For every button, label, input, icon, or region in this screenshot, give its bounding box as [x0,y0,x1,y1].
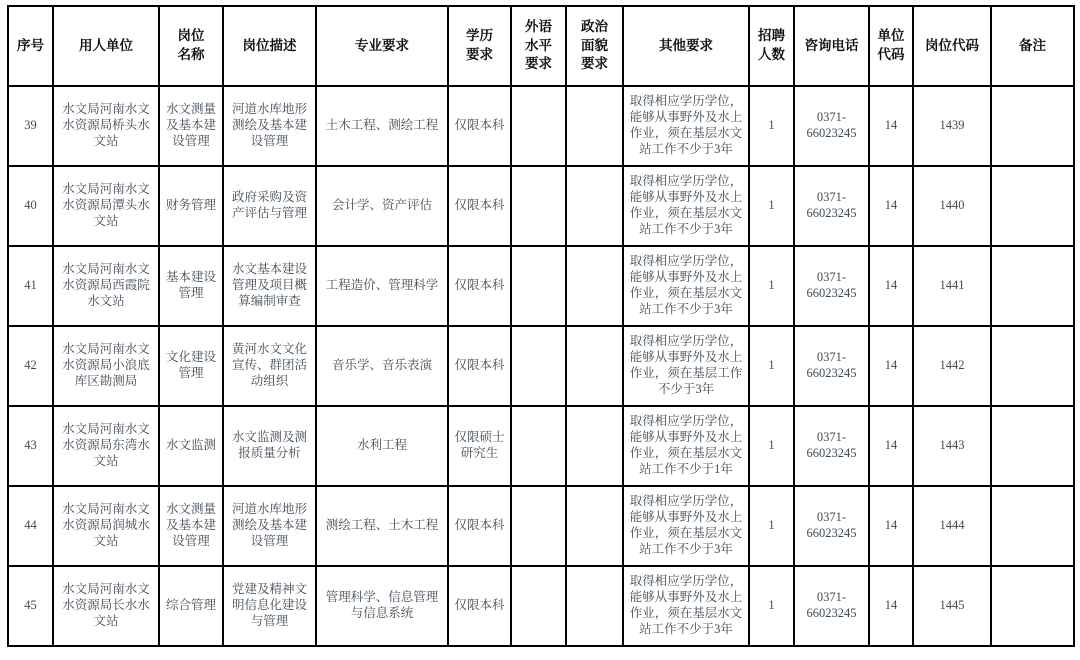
cell-political-status-requirement [566,166,623,246]
cell-employer: 水文局河南水文水资源局西霞院水文站 [53,246,159,326]
col-header-unit-code: 单位 代码 [869,6,913,86]
cell-position-code: 1442 [913,326,991,406]
cell-foreign-language-requirement [511,566,566,646]
cell-seq: 43 [8,406,53,486]
cell-position-description: 水文基本建设管理及项目概算编制审查 [223,246,316,326]
table-row: 42 水文局河南水文水资源局小浪底库区勘测局 文化建设管理 黄河水文文化宣传、群… [8,326,1074,406]
cell-position-code: 1445 [913,566,991,646]
cell-position-name: 水文监测 [159,406,223,486]
cell-position-description: 水文监测及测报质量分析 [223,406,316,486]
cell-headcount: 1 [749,166,794,246]
cell-unit-code: 14 [869,406,913,486]
cell-remark [991,166,1074,246]
cell-other-requirement: 取得相应学历学位，能够从事野外及水上作业，须在基层水文站工作不少于3年 [623,246,749,326]
col-header-foreign-language-requirement: 外语 水平 要求 [511,6,566,86]
cell-education-requirement: 仅限本科 [448,326,511,406]
recruitment-table-page: 序号 用人单位 岗位 名称 岗位描述 专业要求 学历 要求 外语 水平 要求 政… [0,0,1080,652]
cell-position-name: 水文测量及基本建设管理 [159,486,223,566]
table-row: 45 水文局河南水文水资源局长水水文站 综合管理 党建及精神文明信息化建设与管理… [8,566,1074,646]
job-positions-table: 序号 用人单位 岗位 名称 岗位描述 专业要求 学历 要求 外语 水平 要求 政… [7,5,1075,647]
cell-foreign-language-requirement [511,486,566,566]
col-header-seq: 序号 [8,6,53,86]
cell-major-requirement: 工程造价、管理科学 [316,246,448,326]
cell-position-code: 1439 [913,86,991,166]
cell-position-description: 河道水库地形测绘及基本建设管理 [223,486,316,566]
cell-phone: 0371-66023245 [794,86,869,166]
cell-major-requirement: 管理科学、信息管理与信息系统 [316,566,448,646]
cell-unit-code: 14 [869,566,913,646]
cell-foreign-language-requirement [511,246,566,326]
col-header-position-description: 岗位描述 [223,6,316,86]
cell-unit-code: 14 [869,86,913,166]
cell-education-requirement: 仅限本科 [448,86,511,166]
col-header-education-requirement: 学历 要求 [448,6,511,86]
cell-political-status-requirement [566,246,623,326]
cell-employer: 水文局河南水文水资源局小浪底库区勘测局 [53,326,159,406]
cell-remark [991,326,1074,406]
cell-unit-code: 14 [869,326,913,406]
table-row: 39 水文局河南水文水资源局桥头水文站 水文测量及基本建设管理 河道水库地形测绘… [8,86,1074,166]
cell-headcount: 1 [749,86,794,166]
cell-other-requirement: 取得相应学历学位，能够从事野外及水上作业，须在基层水文站工作不少于3年 [623,486,749,566]
cell-political-status-requirement [566,486,623,566]
cell-political-status-requirement [566,406,623,486]
cell-headcount: 1 [749,566,794,646]
table-body: 39 水文局河南水文水资源局桥头水文站 水文测量及基本建设管理 河道水库地形测绘… [8,86,1074,646]
cell-position-description: 党建及精神文明信息化建设与管理 [223,566,316,646]
cell-remark [991,486,1074,566]
col-header-major-requirement: 专业要求 [316,6,448,86]
header-row: 序号 用人单位 岗位 名称 岗位描述 专业要求 学历 要求 外语 水平 要求 政… [8,6,1074,86]
cell-phone: 0371-66023245 [794,166,869,246]
col-header-remark: 备注 [991,6,1074,86]
cell-remark [991,246,1074,326]
cell-other-requirement: 取得相应学历学位，能够从事野外及水上作业，须在基层水文站工作不少于3年 [623,166,749,246]
cell-position-name: 财务管理 [159,166,223,246]
cell-position-description: 河道水库地形测绘及基本建设管理 [223,86,316,166]
cell-foreign-language-requirement [511,326,566,406]
table-row: 43 水文局河南水文水资源局东湾水文站 水文监测 水文监测及测报质量分析 水利工… [8,406,1074,486]
col-header-position-name: 岗位 名称 [159,6,223,86]
cell-foreign-language-requirement [511,166,566,246]
cell-political-status-requirement [566,326,623,406]
cell-phone: 0371-66023245 [794,406,869,486]
cell-seq: 42 [8,326,53,406]
cell-other-requirement: 取得相应学历学位，能够从事野外及水上作业，须在基层水文站工作不少于1年 [623,406,749,486]
cell-position-description: 黄河水文文化宣传、群团活动组织 [223,326,316,406]
cell-employer: 水文局河南水文水资源局长水水文站 [53,566,159,646]
cell-other-requirement: 取得相应学历学位，能够从事野外及水上作业，须在基层水文站工作不少于3年 [623,86,749,166]
cell-seq: 45 [8,566,53,646]
table-row: 40 水文局河南水文水资源局潭头水文站 财务管理 政府采购及资产评估与管理 会计… [8,166,1074,246]
cell-headcount: 1 [749,486,794,566]
cell-phone: 0371-66023245 [794,326,869,406]
cell-position-name: 综合管理 [159,566,223,646]
cell-education-requirement: 仅限本科 [448,486,511,566]
cell-headcount: 1 [749,246,794,326]
col-header-other-requirement: 其他要求 [623,6,749,86]
cell-headcount: 1 [749,326,794,406]
cell-seq: 40 [8,166,53,246]
cell-major-requirement: 会计学、资产评估 [316,166,448,246]
cell-major-requirement: 测绘工程、土木工程 [316,486,448,566]
cell-remark [991,86,1074,166]
cell-seq: 44 [8,486,53,566]
cell-phone: 0371-66023245 [794,246,869,326]
cell-other-requirement: 取得相应学历学位，能够从事野外及水上作业，须在基层工作不少于3年 [623,326,749,406]
cell-unit-code: 14 [869,246,913,326]
cell-education-requirement: 仅限本科 [448,566,511,646]
col-header-position-code: 岗位代码 [913,6,991,86]
cell-foreign-language-requirement [511,406,566,486]
cell-position-name: 水文测量及基本建设管理 [159,86,223,166]
cell-position-name: 基本建设管理 [159,246,223,326]
cell-phone: 0371-66023245 [794,486,869,566]
table-row: 41 水文局河南水文水资源局西霞院水文站 基本建设管理 水文基本建设管理及项目概… [8,246,1074,326]
col-header-employer: 用人单位 [53,6,159,86]
cell-education-requirement: 仅限本科 [448,166,511,246]
cell-unit-code: 14 [869,166,913,246]
cell-employer: 水文局河南水文水资源局潭头水文站 [53,166,159,246]
cell-employer: 水文局河南水文水资源局东湾水文站 [53,406,159,486]
cell-position-name: 文化建设管理 [159,326,223,406]
cell-remark [991,566,1074,646]
col-header-political-status-requirement: 政治 面貌 要求 [566,6,623,86]
cell-other-requirement: 取得相应学历学位，能够从事野外及水上作业，须在基层水文站工作不少于3年 [623,566,749,646]
table-row: 44 水文局河南水文水资源局润城水文站 水文测量及基本建设管理 河道水库地形测绘… [8,486,1074,566]
cell-seq: 41 [8,246,53,326]
cell-education-requirement: 仅限本科 [448,246,511,326]
cell-position-code: 1444 [913,486,991,566]
cell-headcount: 1 [749,406,794,486]
cell-major-requirement: 水利工程 [316,406,448,486]
cell-phone: 0371-66023245 [794,566,869,646]
cell-position-code: 1441 [913,246,991,326]
cell-position-description: 政府采购及资产评估与管理 [223,166,316,246]
cell-position-code: 1440 [913,166,991,246]
cell-employer: 水文局河南水文水资源局润城水文站 [53,486,159,566]
col-header-phone: 咨询电话 [794,6,869,86]
cell-position-code: 1443 [913,406,991,486]
cell-political-status-requirement [566,566,623,646]
cell-major-requirement: 土木工程、测绘工程 [316,86,448,166]
cell-political-status-requirement [566,86,623,166]
cell-major-requirement: 音乐学、音乐表演 [316,326,448,406]
cell-seq: 39 [8,86,53,166]
cell-education-requirement: 仅限硕士研究生 [448,406,511,486]
cell-foreign-language-requirement [511,86,566,166]
col-header-headcount: 招聘 人数 [749,6,794,86]
cell-remark [991,406,1074,486]
cell-employer: 水文局河南水文水资源局桥头水文站 [53,86,159,166]
cell-unit-code: 14 [869,486,913,566]
